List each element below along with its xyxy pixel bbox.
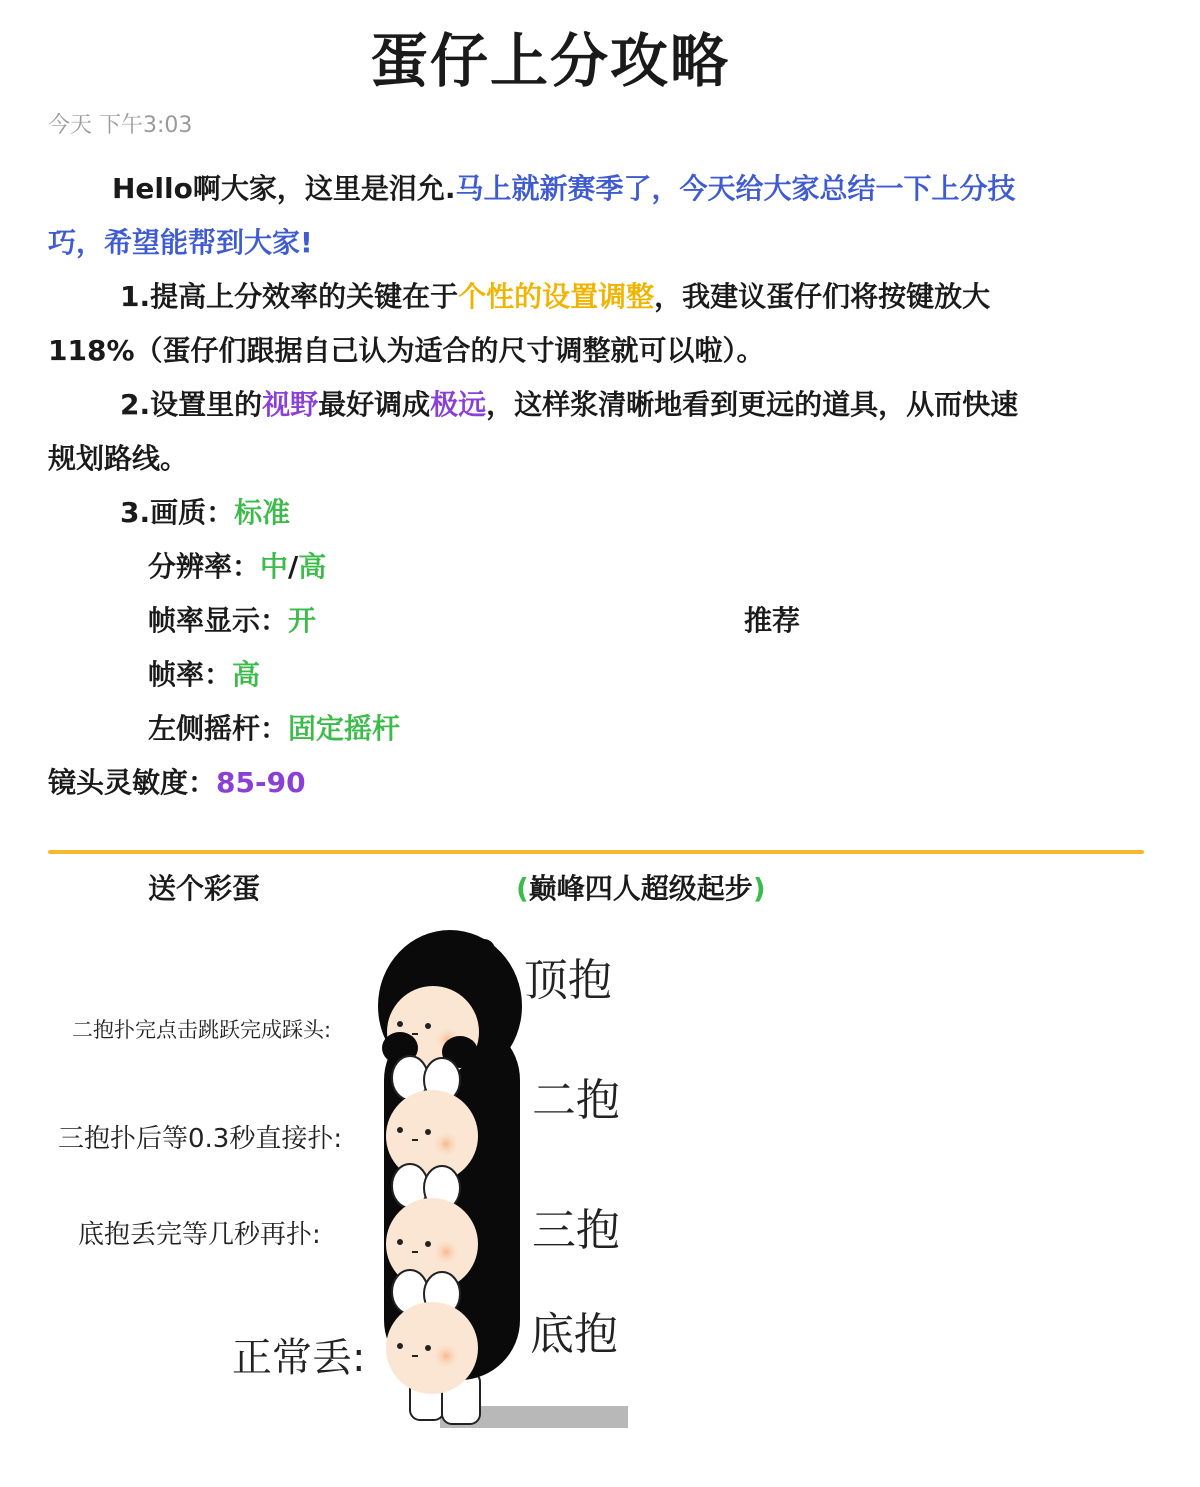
tip1-prefix: 1.提高上分效率的关键在于 [120,280,458,313]
setting-label: 左侧摇杆： [148,712,288,745]
illus-left-label: 正常丢: [232,1326,365,1383]
setting-fps-display: 帧率显示：开 [148,594,316,648]
setting-separator: / [288,550,298,583]
setting-label: 帧率显示： [148,604,288,637]
setting-value: 高 [298,550,326,583]
tip1-highlight: 个性的设置调整 [458,280,654,313]
setting-label: 帧率： [148,658,232,691]
intro-line2: 巧，希望能帮到大家! [48,216,313,270]
divider [48,850,1144,854]
illus-right-label: 二抱 [532,1064,620,1128]
intro-greeting: Hello啊大家，这里是泪允. [112,172,456,205]
tip1-suffix: ，我建议蛋仔们将按键放大 [654,280,990,313]
subtitle-text: 巅峰四人超级起步 [529,872,753,905]
setting-value: 高 [232,658,260,691]
stacking-illustration: 二抱扑完点击跳跃完成踩头: 三抱扑后等0.3秒直接扑: 底抱丢完等几秒再扑: 正… [0,930,700,1470]
timestamp: 今天 下午3:03 [48,108,192,139]
tip2-middle: 最好调成 [318,388,430,421]
setting-resolution: 分辨率：中/高 [148,540,326,594]
paren: ( [516,872,529,905]
setting-quality: 3.画质：标准 [120,486,290,540]
tip1-line1: 1.提高上分效率的关键在于个性的设置调整，我建议蛋仔们将按键放大 [120,270,990,324]
recommend-label: 推荐 [744,594,800,648]
setting-value: 固定摇杆 [288,712,400,745]
setting-label: 3.画质： [120,496,234,529]
tip1-line2: 118%（蛋仔们跟据自己认为适合的尺寸调整就可以啦）。 [48,324,765,378]
easter-egg-subtitle: (巅峰四人超级起步) [516,862,766,916]
illus-right-label: 三抱 [532,1194,620,1258]
tip2-line1: 2.设置里的视野最好调成极远，这样浆清晰地看到更远的道具，从而快速 [120,378,1018,432]
tip2-highlight-far: 极远 [430,388,486,421]
tip2-prefix: 2.设置里的 [120,388,262,421]
setting-value: 开 [288,604,316,637]
tip2-highlight-view: 视野 [262,388,318,421]
setting-value: 中 [260,550,288,583]
tip2-line2: 规划路线。 [48,432,188,486]
setting-label: 镜头灵敏度： [48,766,216,799]
setting-value: 85-90 [216,766,306,799]
setting-joystick: 左侧摇杆：固定摇杆 [148,702,400,756]
illus-left-label: 底抱丢完等几秒再扑: [78,1214,321,1251]
illus-right-label: 顶抱 [524,944,612,1008]
illus-left-label: 二抱扑完点击跳跃完成踩头: [72,1014,331,1044]
page-title: 蛋仔上分攻略 [0,14,1100,98]
setting-value: 标准 [234,496,290,529]
illus-right-label: 底抱 [530,1298,618,1362]
easter-egg-label: 送个彩蛋 [148,862,260,916]
setting-camera-sensitivity: 镜头灵敏度：85-90 [48,756,306,810]
illus-left-label: 三抱扑后等0.3秒直接扑: [58,1118,342,1155]
intro-line1: Hello啊大家，这里是泪允.马上就新赛季了，今天给大家总结一下上分技 [112,162,1016,216]
tip2-suffix: ，这样浆清晰地看到更远的道具，从而快速 [486,388,1018,421]
setting-fps: 帧率：高 [148,648,260,702]
setting-label: 分辨率： [148,550,260,583]
intro-highlight: 马上就新赛季了，今天给大家总结一下上分技 [456,172,1016,205]
paren: ) [753,872,766,905]
